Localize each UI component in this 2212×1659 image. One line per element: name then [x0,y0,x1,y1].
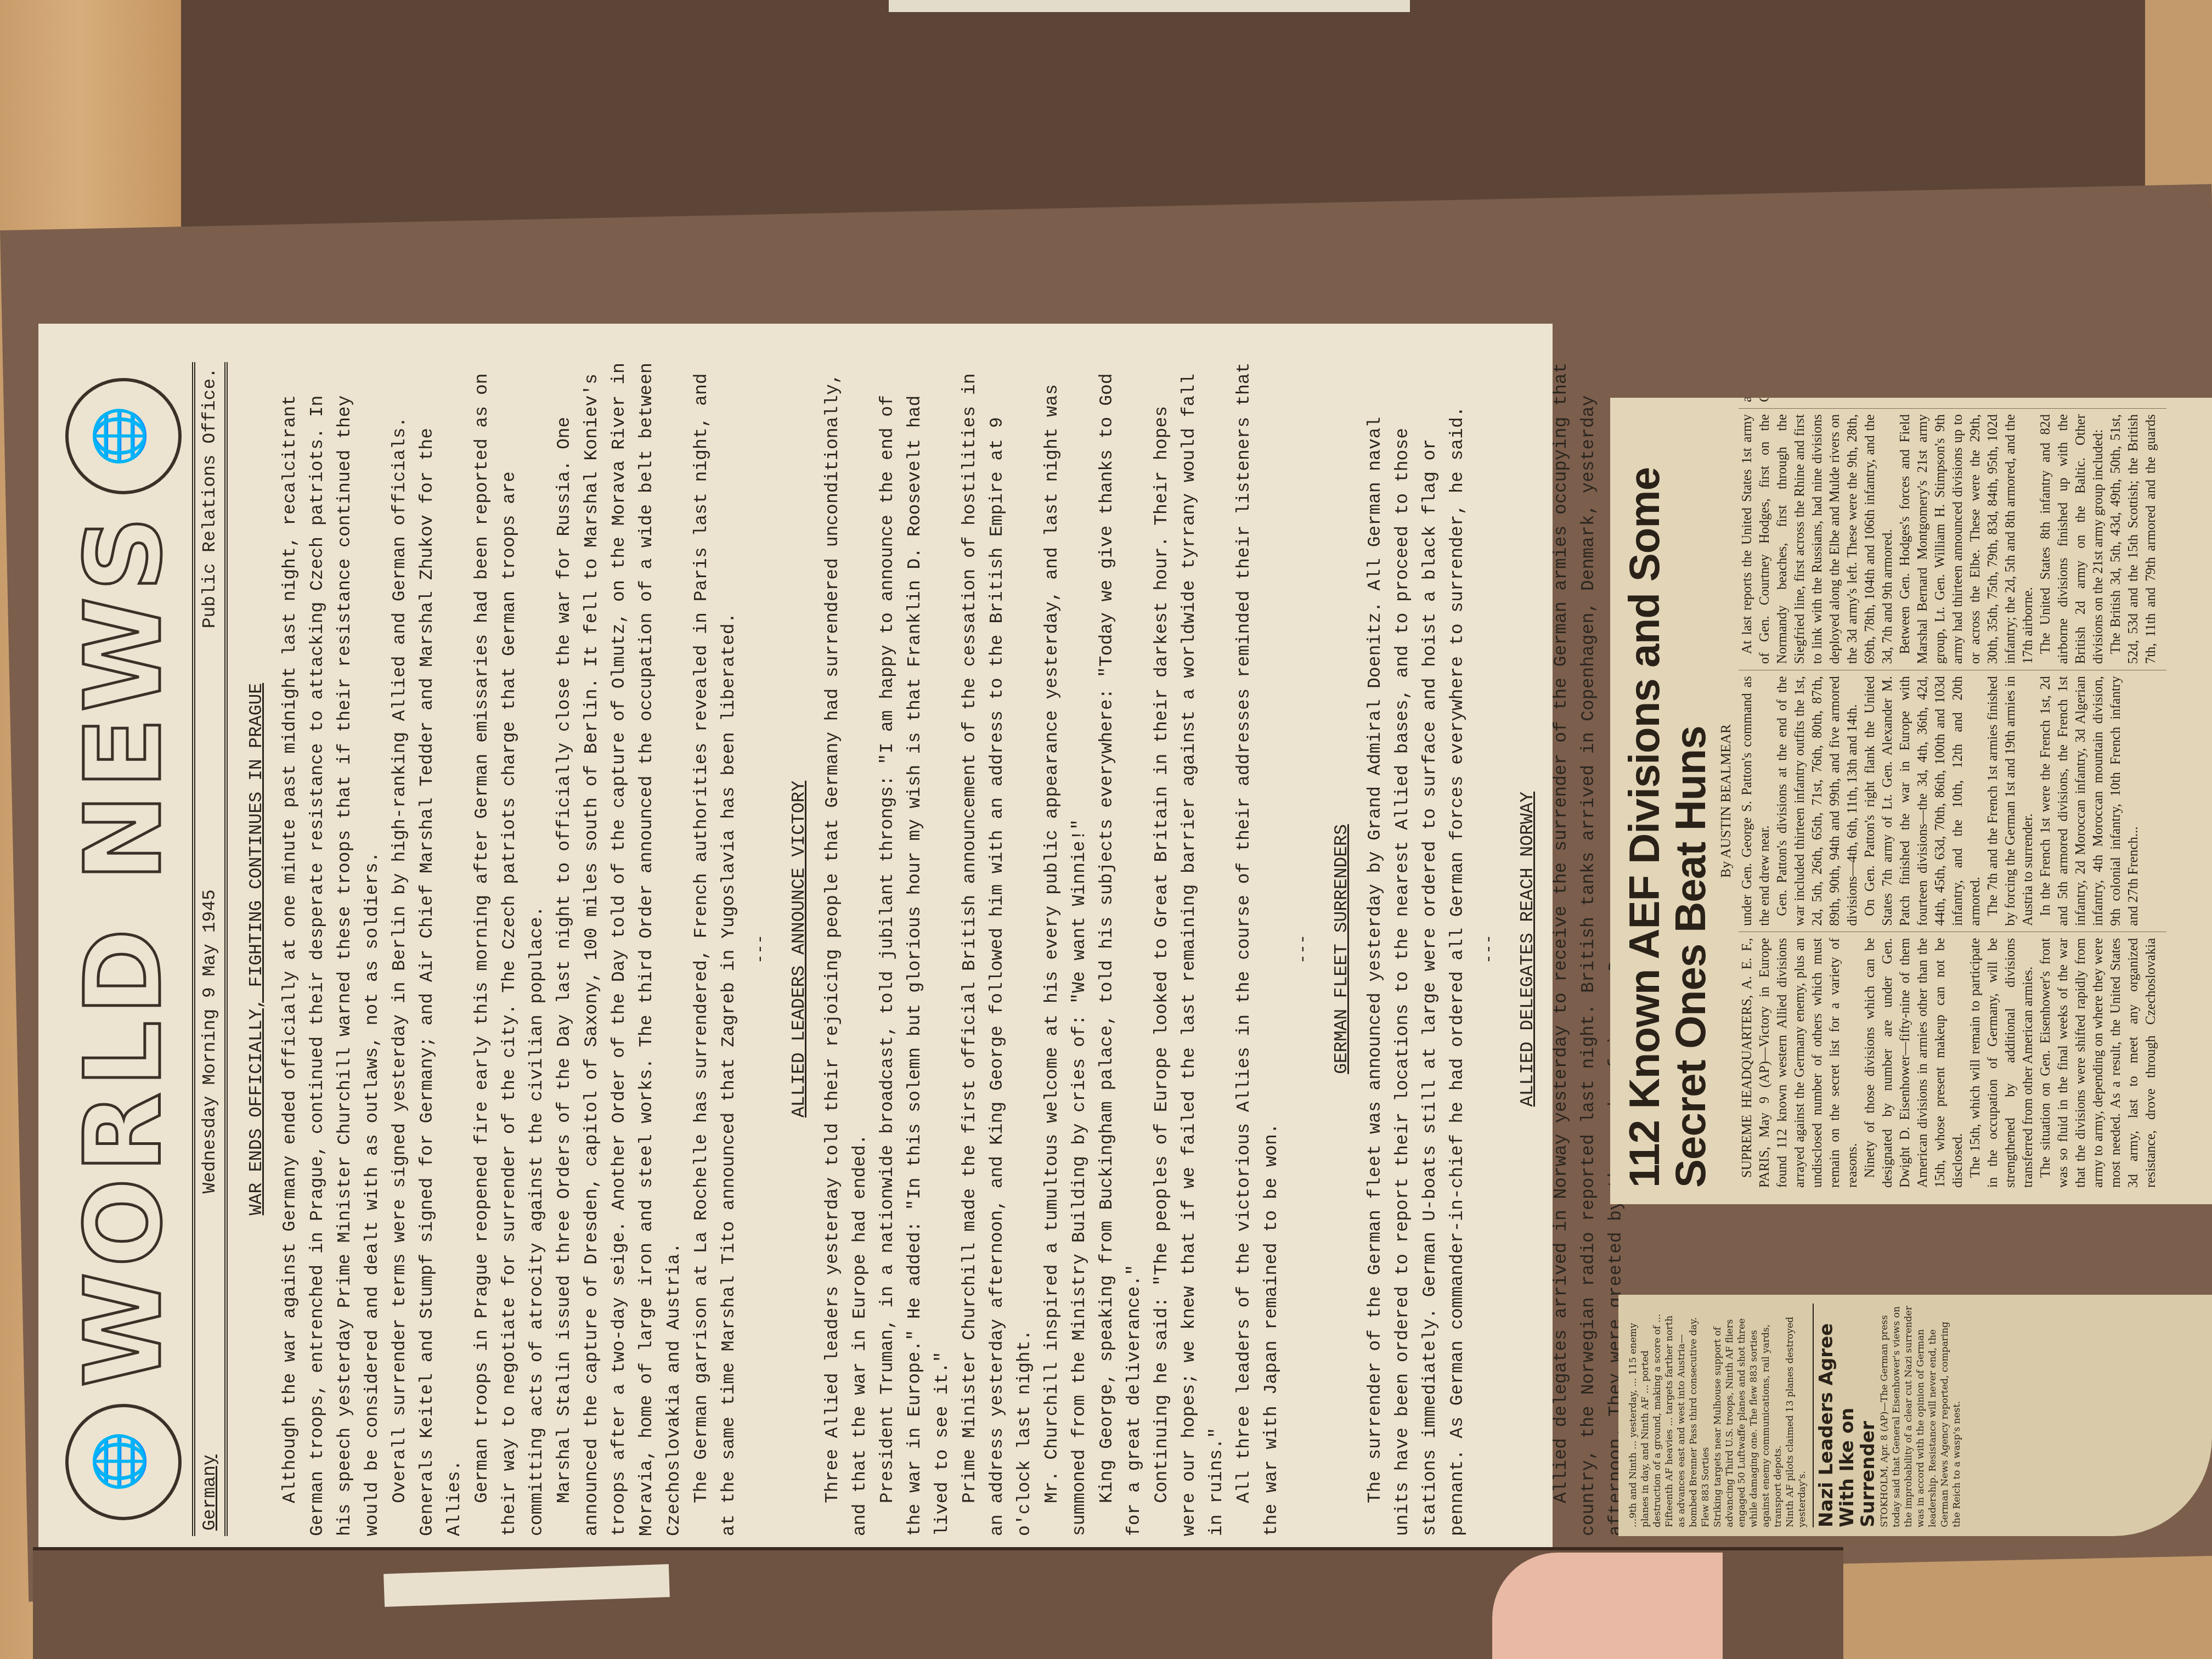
globe-icon: 🌐 [65,378,182,494]
clipping-byline: By AUSTIN BEALMEAR [1718,414,1734,1188]
articles: WAR ENDS OFFICIALLY, FIGHTING CONTINUES … [246,362,1630,1536]
clipping-paragraph: On Gen. Patton's right flank the United … [1861,676,1984,926]
thumb-holding-page [1492,1553,1723,1659]
article-headline: ALLIED DELEGATES REACH NORWAY [1517,362,1538,1536]
article-paragraph: The surrender of the German fleet was an… [1362,362,1471,1536]
article-separator: --- [1294,362,1313,1536]
article-headline: GERMAN FLEET SURRENDERS [1331,362,1352,1536]
clipping-paragraph: The 15th, which will remain to participa… [1967,938,2037,1188]
article-headline: WAR ENDS OFFICIALLY, FIGHTING CONTINUES … [246,362,267,1536]
torn-clipping-top-text: ...9th and Ninth ... yesterday, ... 115 … [1627,1304,1808,1527]
article-paragraph: All three leaders of the victorious Alli… [1231,362,1285,1536]
masthead: 🌐 WORLD NEWS 🌐 [60,362,187,1536]
article-paragraph: Marshal Stalin issued three Orders of th… [551,362,688,1536]
torn-clipping-paragraph: Fifteenth AF heavies ... targets farther… [1663,1304,1700,1527]
nazi-leaders-article: ...9th and Ninth ... yesterday, ... 115 … [1618,1295,2212,1536]
clipping-paragraph: Gen. Patton's divisions at the end of th… [1774,676,1861,926]
article-headline: ALLIED LEADERS ANNOUNCE VICTORY [789,362,809,1536]
torn-clipping-paragraph: Flew 883 Sorties [1700,1304,1712,1527]
clipping-paragraph: The 7th and the French 1st armies finish… [1984,676,2037,926]
torn-clipping-paragraph: Striking targets near Mulhouse support o… [1712,1304,1784,1527]
clipping-headline: 112 Known AEF Divisions and Some Secret … [1621,414,1713,1188]
dateline-date: Wednesday Morning 9 May 1945 [200,889,220,1194]
torn-clipping-paragraph: ...9th and Ninth ... yesterday, ... 115 … [1627,1304,1663,1527]
clipping-paragraph: At last reports the United States 1st ar… [1739,414,1897,664]
clipping-paragraph: Between Gen. Hodges's forces and Field M… [1897,414,2037,664]
clipping-paragraph: Ninety of those divisions which can be d… [1861,938,1967,1188]
clipping-paragraph: The United States 8th infantry and 82d a… [2037,414,2107,664]
clipping-columns: SUPREME HEADQUARTERS, A. E. F., PARIS, M… [1739,414,2166,1188]
article-separator: --- [752,362,770,1536]
article-paragraph: Overall surrender terms were signed yest… [386,362,469,1536]
torn-clipping-body: STOKHOLM, Apr. 8 (AP)—The German press t… [1878,1304,1963,1527]
article-paragraph: President Truman, in a nationwide broadc… [874,362,956,1536]
clipping-paragraph: In the French 1st were the French 1st, 2… [2037,676,2142,926]
dateline-region: Germany [200,1454,220,1531]
torn-clipping-paragraph: Ninth AF pilots claimed 13 planes destro… [1784,1304,1808,1527]
torn-clipping-headline: Nazi Leaders Agree With Ike on Surrender [1813,1304,1878,1527]
aef-divisions-article: 112 Known AEF Divisions and Some Secret … [1610,398,2212,1204]
dateline-office: Public Relations Office. [200,368,220,628]
article-paragraph: The German garrison at La Rochelle has s… [688,362,743,1536]
world-news-bulletin: 🌐 WORLD NEWS 🌐 Germany Wednesday Morning… [38,324,1553,1575]
masthead-title: WORLD NEWS [63,511,184,1387]
article-paragraph: German troops in Prague reopened fire ea… [469,362,551,1536]
bulletin-sheet: 🌐 WORLD NEWS 🌐 Germany Wednesday Morning… [38,324,1553,1575]
article-paragraph: Continuing he said: "The peoples of Euro… [1148,362,1231,1536]
dateline: Germany Wednesday Morning 9 May 1945 Pub… [192,362,228,1536]
article-paragraph: Prime Minister Churchill made the first … [956,362,1039,1536]
article-paragraph: Three Allied leaders yesterday told thei… [819,362,874,1536]
article-separator: --- [1480,362,1499,1536]
article-paragraph: Although the war against Germany ended o… [276,362,386,1536]
torn-clipping: ...9th and Ninth ... yesterday, ... 115 … [1618,1295,2212,1536]
back-page-paper-edge [889,0,1410,12]
article-paragraph: Mr. Churchill inspired a tumultous welco… [1039,362,1093,1536]
clipping-paragraph: SUPREME HEADQUARTERS, A. E. F., PARIS, M… [1739,938,1861,1188]
newspaper-clipping: 112 Known AEF Divisions and Some Secret … [1610,398,2212,1204]
globe-icon: 🌐 [65,1404,182,1520]
article-paragraph: King George, speaking from Buckingham pa… [1093,362,1148,1536]
